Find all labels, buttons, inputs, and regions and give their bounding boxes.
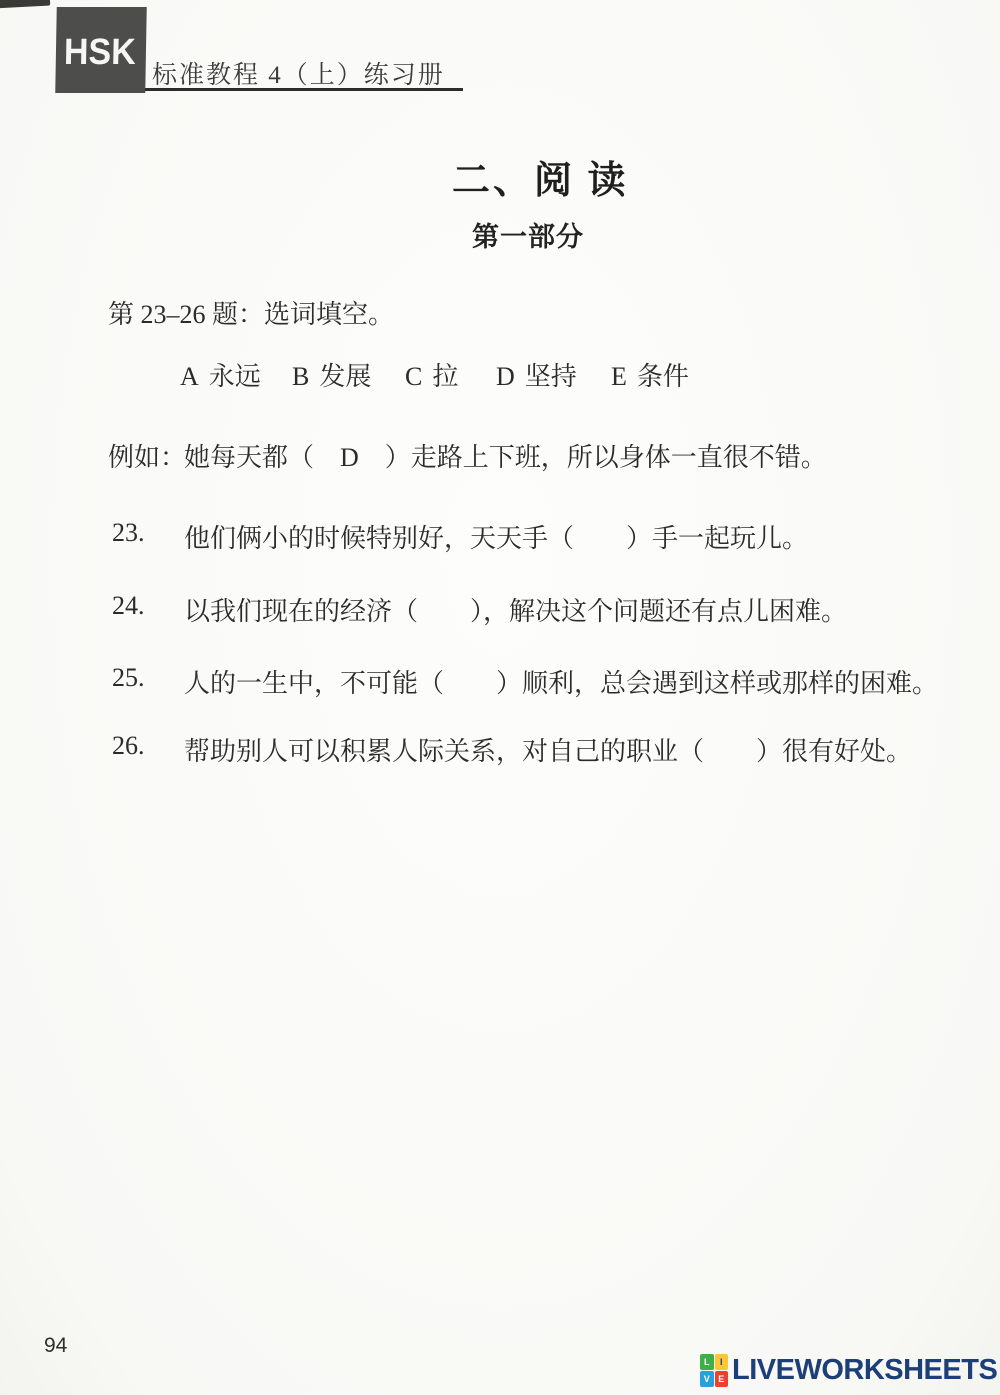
question-row-26: 26. 帮助别人可以积累人际关系，对自己的职业（ ）很有好处。 [0, 731, 1000, 765]
exercise-instruction: 第 23–26 题：选词填空。 [108, 294, 394, 331]
series-title: 标准教程 4（上）练习册 [152, 55, 445, 91]
question-number: 26. [112, 731, 145, 761]
hsk-logo-box: HSK [55, 7, 147, 93]
question-number: 25. [112, 663, 145, 693]
header-rule [145, 88, 463, 91]
example-label: 例如： [108, 437, 186, 474]
question-text: 以我们现在的经济（ ），解决这个问题还有点儿困难。 [184, 591, 847, 628]
example-row: 例如： 她每天都（ D ）走路上下班，所以身体一直很不错。 [0, 437, 1000, 471]
question-text: 帮助别人可以积累人际关系，对自己的职业（ ）很有好处。 [184, 731, 912, 768]
question-row-23: 23. 他们俩小的时候特别好，天天手（ ）手一起玩儿。 [0, 518, 1000, 552]
option-item-d: D坚持 [496, 356, 577, 393]
brand-tile-l: L [700, 1354, 714, 1370]
section-part-title: 第一部分 [472, 215, 584, 254]
option-label: D [496, 362, 515, 391]
section-title: 二、阅 读 [452, 149, 629, 204]
option-word: 坚持 [525, 362, 577, 391]
scan-artifact [0, 0, 50, 8]
option-word: 发展 [319, 362, 371, 391]
option-label: A [180, 362, 199, 391]
page-number: 94 [44, 1334, 67, 1358]
question-number: 23. [112, 518, 145, 548]
question-text: 他们俩小的时候特别好，天天手（ ）手一起玩儿。 [184, 518, 808, 555]
example-text: 她每天都（ D ）走路上下班，所以身体一直很不错。 [184, 437, 827, 474]
word-options-row: A永远 B发展 C拉 D坚持 E条件 [0, 356, 1000, 388]
brand-name: LIVEWORKSHEETS [732, 1354, 997, 1387]
option-item-b: B发展 [292, 356, 371, 393]
option-label: B [292, 362, 309, 391]
option-item-a: A永远 [180, 356, 261, 393]
question-text: 人的一生中，不可能（ ）顺利，总会遇到这样或那样的困难。 [184, 663, 938, 700]
question-number: 24. [112, 591, 145, 621]
hsk-logo-text: HSK [64, 34, 136, 71]
worksheet-page: HSK 标准教程 4（上）练习册 二、阅 读 第一部分 第 23–26 题：选词… [0, 0, 1000, 1395]
option-item-e: E条件 [611, 356, 689, 393]
option-word: 条件 [637, 362, 689, 391]
option-word: 永远 [209, 362, 261, 391]
option-item-c: C拉 [405, 356, 458, 393]
brand-tile-i: I [715, 1354, 729, 1370]
option-word: 拉 [432, 362, 458, 391]
brand-tile-e: E [715, 1371, 729, 1387]
liveworksheets-logo[interactable]: L I V E LIVEWORKSHEETS [700, 1354, 997, 1387]
option-label: E [611, 362, 627, 391]
question-row-25: 25. 人的一生中，不可能（ ）顺利，总会遇到这样或那样的困难。 [0, 663, 1000, 697]
option-label: C [405, 362, 422, 391]
liveworksheets-tiles-icon: L I V E [700, 1354, 728, 1387]
brand-tile-v: V [700, 1371, 714, 1387]
question-row-24: 24. 以我们现在的经济（ ），解决这个问题还有点儿困难。 [0, 591, 1000, 625]
